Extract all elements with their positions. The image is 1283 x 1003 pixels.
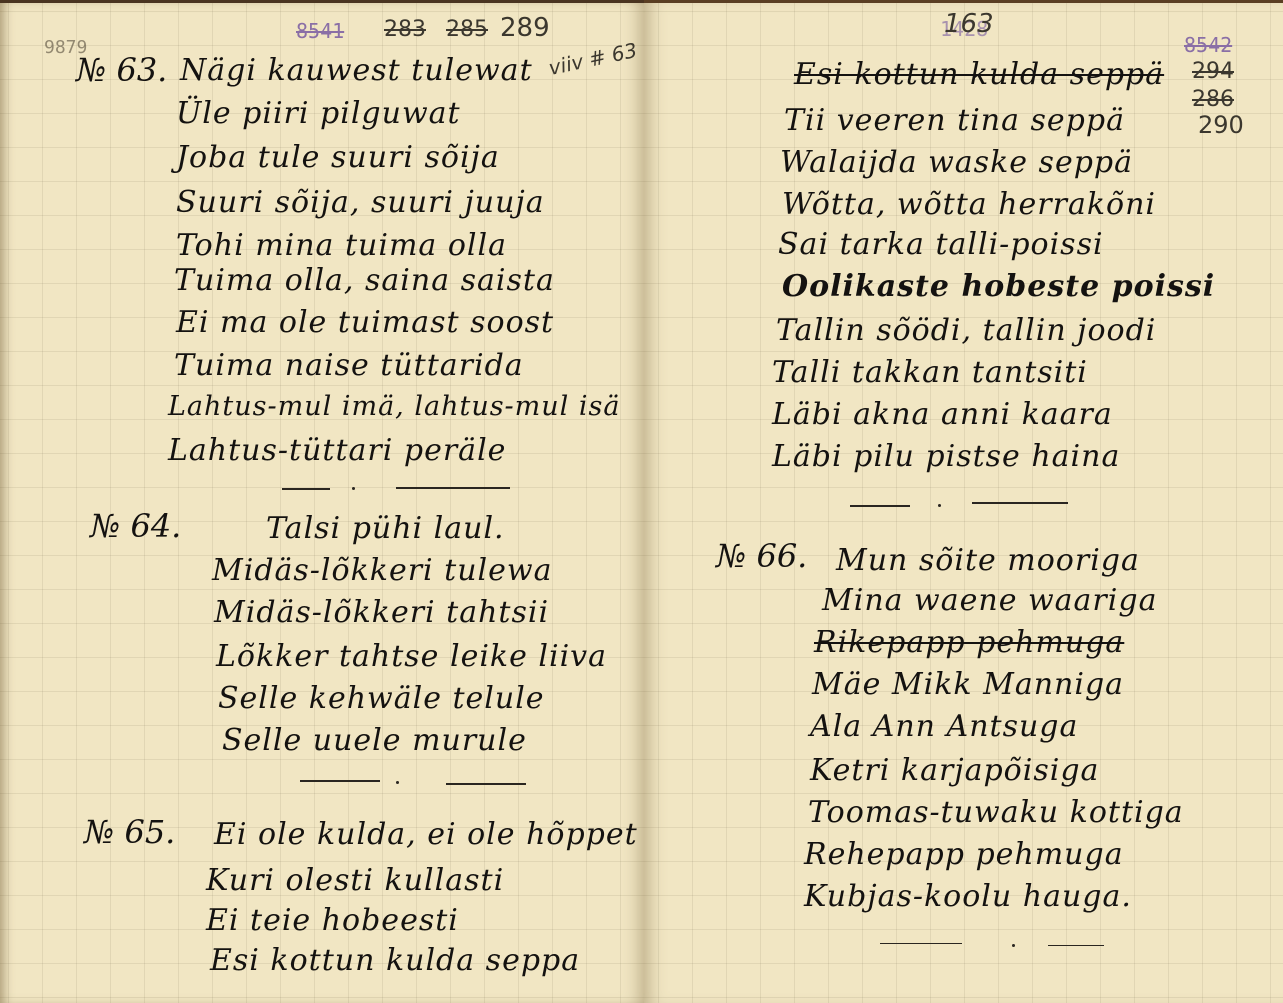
section-divider — [1048, 945, 1104, 946]
song-line: Mun sõite mooriga — [836, 543, 1140, 578]
song-title: Talsi pühi laul. — [266, 511, 505, 546]
page-number: 290 — [1198, 111, 1244, 139]
song-line: Toomas-tuwaku kottiga — [808, 795, 1184, 830]
struck-page-number-1: 283 — [384, 17, 426, 42]
notebook-spread: 9879 8541 283 285 289 viiv # 63 № 63. Nä… — [0, 0, 1283, 1000]
song-line: Nägi kauwest tulewat — [180, 53, 533, 88]
song-line: Ei teie hobeesti — [206, 903, 459, 938]
song-line: Ei ole kulda, ei ole hõppet — [214, 817, 638, 852]
section-divider — [850, 505, 910, 507]
song-line: Selle uuele murule — [222, 723, 527, 758]
song-line: Oolikaste hobeste poissi — [782, 269, 1215, 304]
section-divider — [396, 487, 510, 489]
page-number: 289 — [500, 13, 550, 43]
section-divider — [446, 783, 526, 785]
divider-dot — [938, 504, 941, 507]
right-page: 1428 163 8542 294 286 290 Esi kottun kul… — [644, 0, 1283, 1000]
song-line: Tii veeren tina seppä — [784, 103, 1125, 138]
struck-line: Esi kottun kulda seppä — [794, 57, 1164, 92]
margin-note: viiv # 63 — [546, 38, 639, 80]
song-line: Walaijda waske seppä — [780, 145, 1133, 180]
song-line: Ei ma ole tuimast soost — [176, 305, 554, 340]
struck-page-number-2: 285 — [446, 17, 488, 42]
song-line: Ketri karjapõisiga — [810, 753, 1099, 788]
struck-line: Rikepapp pehmuga — [814, 625, 1124, 660]
song-number: № 65. — [84, 813, 175, 851]
section-divider — [972, 502, 1068, 504]
divider-dot — [396, 781, 399, 784]
song-line: Üle piiri pilguwat — [176, 96, 461, 131]
song-line: Rehepapp pehmuga — [804, 837, 1124, 872]
song-line: Sai tarka talli-poissi — [778, 227, 1104, 262]
song-line: Läbi akna anni kaara — [772, 397, 1113, 432]
left-page: 9879 8541 283 285 289 viiv # 63 № 63. Nä… — [0, 0, 644, 1000]
archive-stamp-number: 8541 — [296, 19, 344, 43]
song-line: Mina waene waariga — [822, 583, 1157, 618]
song-line: Läbi pilu pistse haina — [772, 439, 1120, 474]
song-line: Midäs-lõkkeri tulewa — [212, 553, 552, 588]
song-line: Selle kehwäle telule — [218, 681, 545, 716]
struck-page-number-1: 294 — [1192, 59, 1234, 84]
song-line: Tallin sõödi, tallin joodi — [776, 313, 1156, 348]
song-number: № 66. — [716, 537, 807, 575]
song-line: Talli takkan tantsiti — [772, 355, 1088, 390]
divider-dot — [1012, 944, 1015, 947]
song-line: Suuri sõija, suuri juuja — [176, 185, 545, 220]
song-number: № 64. — [90, 507, 181, 545]
archive-stamp-number: 8542 — [1184, 33, 1232, 57]
song-line: Kubjas-koolu hauga. — [804, 879, 1132, 914]
section-divider — [300, 780, 380, 782]
song-line: Tuima olla, saina saista — [174, 263, 555, 298]
song-line: Jobа tule suuri sõija — [176, 140, 500, 175]
song-line: Tuima naise tüttarida — [174, 348, 524, 383]
song-line: Tohi mina tuima olla — [176, 228, 507, 263]
song-number: № 63. — [76, 51, 167, 89]
song-line: Lahtus-tüttari peräle — [168, 433, 506, 468]
divider-dot — [352, 487, 355, 490]
struck-page-number-2: 286 — [1192, 87, 1234, 112]
song-line: Midäs-lõkkeri tahtsii — [214, 595, 549, 630]
section-divider — [880, 943, 962, 944]
song-line: Ala Ann Antsuga — [810, 709, 1078, 744]
song-line: Lõkker tahtse leike liiva — [216, 639, 607, 674]
song-line: Kuri olesti kullasti — [206, 863, 504, 898]
song-line: Lahtus-mul imä, lahtus-mul isä — [168, 391, 620, 422]
song-line: Mäe Mikk Manniga — [812, 667, 1124, 702]
section-divider — [282, 488, 330, 490]
song-line: Wõtta, wõtta herrakõni — [782, 187, 1156, 222]
folio-number: 163 — [944, 9, 994, 39]
song-line: Esi kottun kulda seppa — [210, 943, 580, 978]
